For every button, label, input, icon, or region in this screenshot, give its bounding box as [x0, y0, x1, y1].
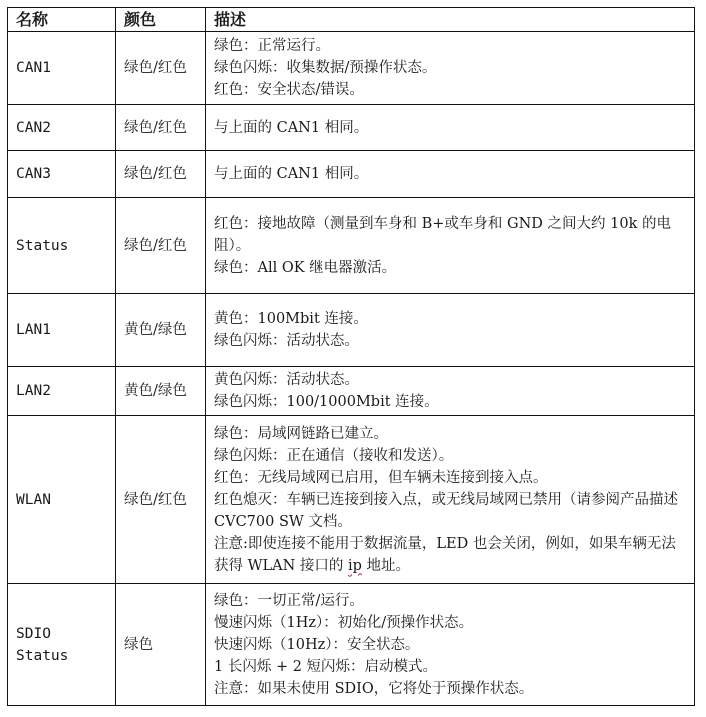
- table-body: CAN1绿色/红色绿色：正常运行。绿色闪烁：收集数据/预操作状态。红色：安全状态…: [8, 32, 695, 706]
- cell-name: LAN1: [8, 294, 116, 367]
- header-color: 颜色: [116, 8, 206, 32]
- cell-color: 绿色/红色: [116, 151, 206, 198]
- cell-name: Status: [8, 198, 116, 294]
- description-line: 红色：无线局域网已启用，但车辆未连接到接入点。: [214, 467, 688, 489]
- cell-color: 绿色/红色: [116, 198, 206, 294]
- cell-description: 与上面的 CAN1 相同。: [206, 151, 695, 198]
- header-row: 名称 颜色 描述: [8, 8, 695, 32]
- table-row: WLAN绿色/红色绿色：局域网链路已建立。绿色闪烁：正在通信（接收和发送）。红色…: [8, 416, 695, 584]
- description-line: 1 长闪烁 + 2 短闪烁：启动模式。: [214, 656, 688, 678]
- description-line: 黄色：100Mbit 连接。: [214, 308, 688, 330]
- cell-description: 与上面的 CAN1 相同。: [206, 105, 695, 151]
- cell-name: SDIO Status: [8, 584, 116, 706]
- cell-description: 绿色：一切正常/运行。慢速闪烁（1Hz）：初始化/预操作状态。快速闪烁（10Hz…: [206, 584, 695, 706]
- description-line: 红色：接地故障（测量到车身和 B+或车身和 GND 之间大约 10k 的电阻）。: [214, 213, 688, 257]
- led-status-table: 名称 颜色 描述 CAN1绿色/红色绿色：正常运行。绿色闪烁：收集数据/预操作状…: [7, 7, 695, 706]
- description-line: 黄色闪烁：活动状态。: [214, 369, 688, 391]
- table-row: LAN2黄色/绿色黄色闪烁：活动状态。绿色闪烁：100/1000Mbit 连接。: [8, 367, 695, 416]
- description-line: 慢速闪烁（1Hz）：初始化/预操作状态。: [214, 612, 688, 634]
- header-description: 描述: [206, 8, 695, 32]
- table-row: CAN2绿色/红色与上面的 CAN1 相同。: [8, 105, 695, 151]
- description-line: 绿色闪烁：正在通信（接收和发送）。: [214, 445, 688, 467]
- cell-description: 红色：接地故障（测量到车身和 B+或车身和 GND 之间大约 10k 的电阻）。…: [206, 198, 695, 294]
- cell-name: CAN1: [8, 32, 116, 105]
- description-line: 绿色：All OK 继电器激活。: [214, 257, 688, 279]
- table-row: CAN1绿色/红色绿色：正常运行。绿色闪烁：收集数据/预操作状态。红色：安全状态…: [8, 32, 695, 105]
- description-line: 注意:即使连接不能用于数据流量，LED 也会关闭，例如，如果车辆无法获得 WLA…: [214, 533, 688, 577]
- cell-description: 绿色：正常运行。绿色闪烁：收集数据/预操作状态。红色：安全状态/错误。: [206, 32, 695, 105]
- cell-color: 黄色/绿色: [116, 367, 206, 416]
- table-row: Status绿色/红色红色：接地故障（测量到车身和 B+或车身和 GND 之间大…: [8, 198, 695, 294]
- cell-color: 黄色/绿色: [116, 294, 206, 367]
- cell-name: WLAN: [8, 416, 116, 584]
- cell-description: 黄色闪烁：活动状态。绿色闪烁：100/1000Mbit 连接。: [206, 367, 695, 416]
- cell-name: CAN3: [8, 151, 116, 198]
- description-line: 绿色：局域网链路已建立。: [214, 423, 688, 445]
- description-line: 快速闪烁（10Hz）：安全状态。: [214, 634, 688, 656]
- header-name: 名称: [8, 8, 116, 32]
- table-row: LAN1黄色/绿色黄色：100Mbit 连接。绿色闪烁：活动状态。: [8, 294, 695, 367]
- description-line: 绿色：一切正常/运行。: [214, 590, 688, 612]
- description-line: 绿色闪烁：收集数据/预操作状态。: [214, 57, 688, 79]
- description-line: 绿色：正常运行。: [214, 35, 688, 57]
- description-line: 与上面的 CAN1 相同。: [214, 117, 688, 139]
- cell-color: 绿色: [116, 584, 206, 706]
- cell-description: 黄色：100Mbit 连接。绿色闪烁：活动状态。: [206, 294, 695, 367]
- spellcheck-underline: ip: [348, 558, 362, 574]
- description-line: 与上面的 CAN1 相同。: [214, 163, 688, 185]
- table-row: CAN3绿色/红色与上面的 CAN1 相同。: [8, 151, 695, 198]
- description-line: 注意：如果未使用 SDIO，它将处于预操作状态。: [214, 678, 688, 700]
- cell-color: 绿色/红色: [116, 416, 206, 584]
- description-line: 红色：安全状态/错误。: [214, 79, 688, 101]
- cell-name: CAN2: [8, 105, 116, 151]
- description-line: 红色熄灭：车辆已连接到接入点，或无线局域网已禁用（请参阅产品描述 CVC700 …: [214, 489, 688, 533]
- cell-name: LAN2: [8, 367, 116, 416]
- cell-description: 绿色：局域网链路已建立。绿色闪烁：正在通信（接收和发送）。红色：无线局域网已启用…: [206, 416, 695, 584]
- table-row: SDIO Status绿色绿色：一切正常/运行。慢速闪烁（1Hz）：初始化/预操…: [8, 584, 695, 706]
- description-line: 绿色闪烁：活动状态。: [214, 330, 688, 352]
- cell-color: 绿色/红色: [116, 105, 206, 151]
- cell-color: 绿色/红色: [116, 32, 206, 105]
- description-line: 绿色闪烁：100/1000Mbit 连接。: [214, 391, 688, 413]
